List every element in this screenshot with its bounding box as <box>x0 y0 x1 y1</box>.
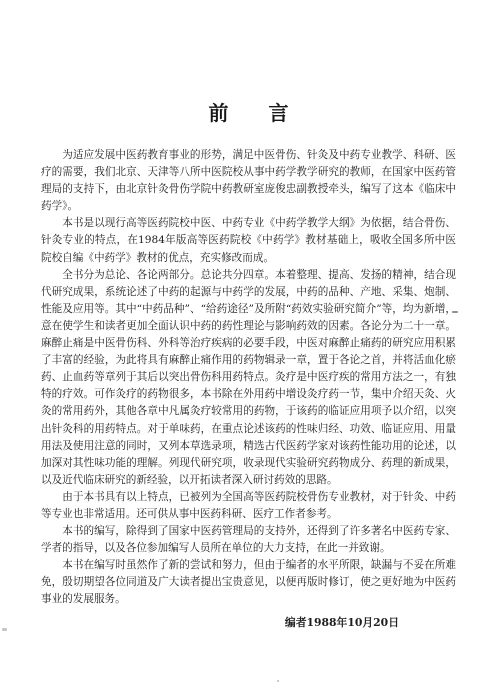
page-title: 前 言 <box>41 97 456 126</box>
preface-paragraph-2: 本书是以现行高等医药院校中医、中药专业《中药学教学大纲》为依据，结合骨伤、针灸专… <box>41 215 456 266</box>
preface-content: 前 言 为适应发展中医药教育事业的形势，满足中医骨伤、针灸及中药专业教学、科研、… <box>41 97 456 630</box>
scan-speck <box>452 311 458 313</box>
scan-speck <box>277 680 279 682</box>
editor-signature: 编者1988年10月20日 <box>41 615 456 630</box>
scanned-document-page: 前 言 为适应发展中医药教育事业的形势，满足中医骨伤、针灸及中药专业教学、科研、… <box>0 0 491 696</box>
preface-paragraph-3: 全书分为总论、各论两部分。总论共分四章。本着整理、提高、发扬的精神，结合现代研究… <box>41 267 456 489</box>
preface-paragraph-5: 本书的编写，除得到了国家中医药管理局的支持外，还得到了许多著名中医药专家、学者的… <box>41 523 456 557</box>
preface-paragraph-4: 由于本书具有以上特点，已被列为全国高等医药院校骨伤专业教材，对于针灸、中药等专业… <box>41 489 456 523</box>
scan-speck <box>2 628 7 631</box>
preface-paragraph-6: 本书在编写时虽然作了新的尝试和努力，但由于编者的水平所限，缺漏与不妥在所难免，殷… <box>41 557 456 608</box>
preface-paragraph-1: 为适应发展中医药教育事业的形势，满足中医骨伤、针灸及中药专业教学、科研、医疗的需… <box>41 147 456 215</box>
